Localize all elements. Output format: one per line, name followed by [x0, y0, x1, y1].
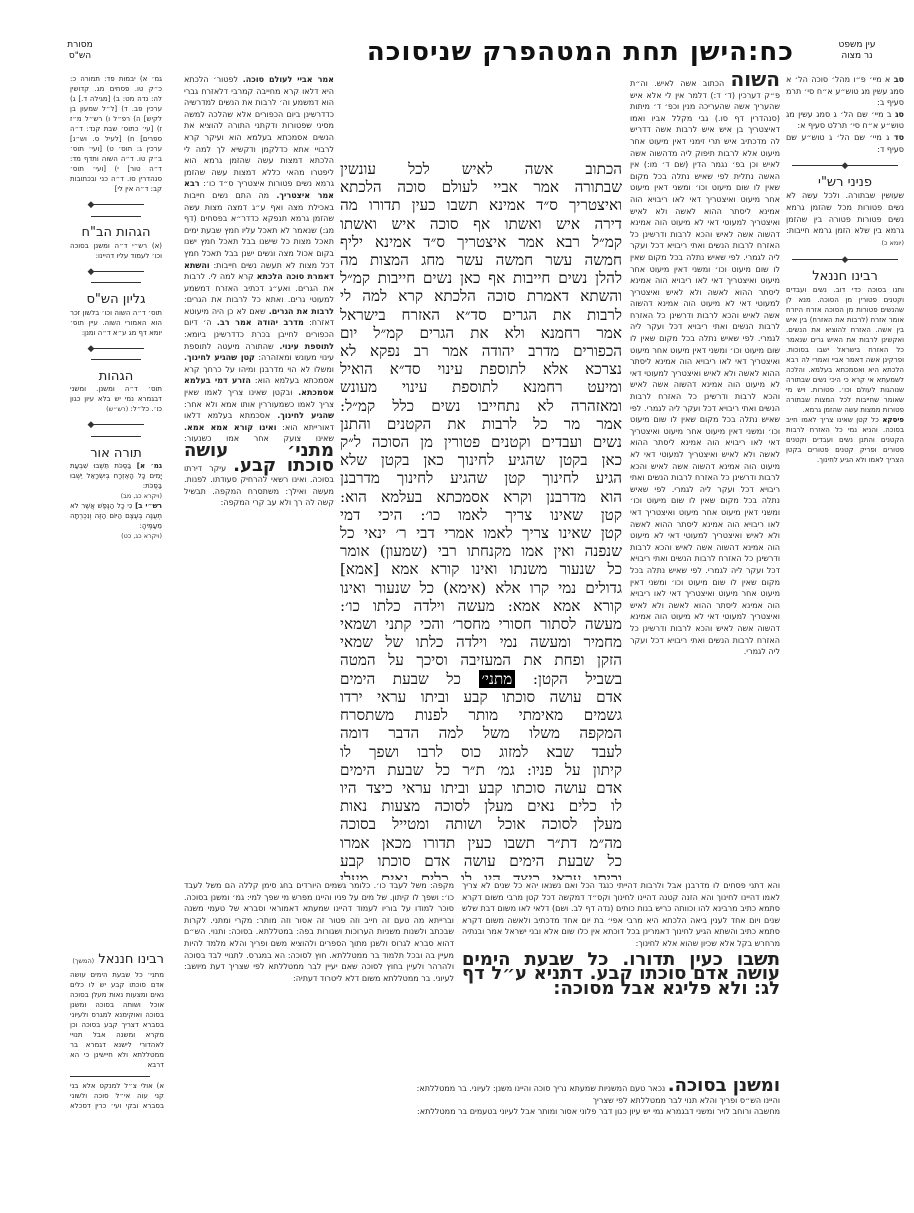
gemara-line: הגיע לחינוך קטן שהגיע לחינוך מדרבנן — [340, 469, 622, 487]
gemara-line: שנפנה ואין אמו מקנחתו רבי (שמעון) אומר — [340, 542, 622, 560]
ein-mishpat-entry: סב א מיי׳ פ״ו מהל׳ סוכה הל׳ א סמג עשין מ… — [786, 74, 904, 109]
ornament-divider: ◆ — [70, 200, 162, 223]
mishnah-start-line: בשביל הקטן: מתני׳ כל שבעת הימים — [340, 670, 622, 688]
rashi-bottom-left: מקפה: משל לעבד כו׳. כלומר גשמים היורדים … — [184, 880, 454, 1080]
gemara-line: מעשה לסתור חסורי מחסר׳ והכי קתני ושמאי — [340, 615, 622, 633]
ornament-divider: ◆ — [70, 267, 162, 290]
gemara-line: לרבות את הגרים סד״א האזרח בישראל — [340, 306, 622, 324]
mishnah-label: מתני׳ — [479, 670, 516, 688]
gemara-line: אמר רחמנא ולא את הגרים קמ״ל יום — [340, 324, 622, 342]
ein-mishpat-entry: סד ג מיי׳ שם הל׳ ג טוש״ע שם סעיף ד: — [786, 132, 904, 155]
gemara-line: לעבד שבא למזוג כוס לרבו ושפך לו — [340, 743, 622, 761]
bottom-line-2: והיינו הש״ס ופריך והלא תנוי לבר ממטללתא … — [184, 1095, 780, 1107]
rabbeinu-chananel-text: ותנו בסוכה כדי דוב. נשים ועבדים וקטנים פ… — [786, 285, 904, 415]
gemara-line: קורא אמא אמא: מעשה וילדה כלתו כו׳: — [340, 597, 622, 615]
piska-text: פיסקא כל קטן שאינו צריך לאמו חייב בסוכה.… — [786, 415, 904, 465]
gilyon-hashas-text: תוס׳ ד״ה השוה וכו׳ בלשון זכר הוא האמורי … — [70, 308, 162, 338]
footnote-rule — [70, 1076, 150, 1077]
gemara-line: ואיצטריך ס״ד אמינא תשבו כעין תדורו מה — [340, 196, 622, 214]
page-title: כח: הישן תחת המטה פרק שני סוכה — [494, 36, 794, 68]
gemara-line: קמ״ל רבא אמר איצטריך ס״ד אמינא יליף — [340, 233, 622, 251]
gemara-line: קיתון על פניו: גמ׳ ת״ר כל שבעת הימים — [340, 761, 622, 779]
mishnan-line: ומשנן בסוכה. נכאר טעם המשניות שמעתא נריך… — [184, 1080, 780, 1095]
ein-mishpat-entries: סב א מיי׳ פ״ו מהל׳ סוכה הל׳ א סמג עשין מ… — [786, 74, 904, 155]
footnote-text: א) אולי צ״ל למנקט אלא בני קני עוה אי״ל ס… — [70, 1081, 164, 1110]
tosafot-text: אמר אביי לעולם סוכה. לפטור׳ הלכתא היא דל… — [184, 74, 334, 509]
rashi-text: השוה הכתוב אשה לאיש. וה״ת פ״ק דערכין (ד׳… — [630, 74, 780, 658]
gemara-line: נצרכא אלא לתוספת עינוי סד״א הואיל — [340, 360, 622, 378]
pninei-rashi-text: שעושין שבתורה. ולכל עשה לא נשים פטורות מ… — [786, 190, 904, 249]
daf-number: כח: — [748, 37, 794, 67]
rashi-bottom-text: מקפה: משל לעבד כו׳. כלומר גשמים היורדים … — [184, 880, 454, 984]
rabbeinu-chananel-left: רבינו חננאל (המשך) מתני׳ כל שבעת הימים ע… — [70, 950, 164, 1110]
perek-label: פרק שני — [430, 37, 537, 67]
gemara-line: וביתו עראי כיצד היו לו כלים נאים מעלן — [340, 870, 622, 880]
gemara-line: והשתא דאמרת סוכה הלכתא קרא למה לי — [340, 287, 622, 305]
gemara-line: חמשה עשר חמשה עשר מחג המצות מה — [340, 251, 622, 269]
gemara-line: ומיעט רחמנא לתוספת עינוי מעונש — [340, 378, 622, 396]
torah-or-entry: גמ׳ א] בַּסֻּכֹּת תֵּשְׁבוּ שִׁבְעַת יָמ… — [70, 461, 162, 501]
gemara-line: הכפורים מדרב יהודה אמר רב נפקא לא — [340, 342, 622, 360]
mesorat-hashas-heading: מסורת הש"ס — [40, 40, 120, 62]
gemara-line: דירה איש ואשתו אף סוכה איש ואשתו — [340, 215, 622, 233]
mesorat-hashas-text: גמ׳ א) יבמות פד: תמורה כ: כ״ק טו. פסחים … — [70, 74, 162, 194]
torah-or-entry: רש״י ב] כִּי כָל הַנֶּפֶשׁ אֲשֶׁר לֹא תְ… — [70, 501, 162, 541]
gemara-line: הזקן ופחת את המעזיבה וסיכך על המטה — [340, 651, 622, 669]
gemara-line: כאן בקטן שהגיע לחינוך כאן בקטן שלא — [340, 451, 622, 469]
gemara-line: מעלן לסוכה אוכל ושותה ומטייל בסוכה — [340, 815, 622, 833]
gemara-line: גשמים מאימתי מותר לפנות משתסרח — [340, 706, 622, 724]
gemara-line: מה״מ דת״ר תשבו כעין תדורו מכאן אמרו — [340, 834, 622, 852]
hagahot-bach-text: (א) רש״י ד״ה ומשנן בסוכה וכו׳ לעמוד עליו… — [70, 241, 162, 261]
gemara-line: גדולים נמי קרו אלא (אימא) כל שנעור ואינו — [340, 579, 622, 597]
gemara-line: ומאזהרה לא נתחייבו נשים כלל קמ״ל: — [340, 397, 622, 415]
gemara-line: להלן נשים חייבות אף כאן נשים חייבות קמ״ל — [340, 269, 622, 287]
gemara-line: מחמיר ומעשה נמי וילדה כלתו של שמאי — [340, 633, 622, 651]
gemara-line: הכתוב אשה לאיש לכל עונשין — [340, 160, 622, 178]
masechet-name: סוכה — [367, 37, 430, 67]
gemara-line: כל שבעת הימים עושה אדם סוכתו קבע — [340, 852, 622, 870]
gemara-line: קטן שאינו צריך לאמו כו׳: היכי דמי — [340, 506, 622, 524]
rashi-bottom-right: והא דתני פסחים לו מדרבנן אבל ולרבות דהיי… — [462, 880, 780, 1080]
gemara-line: נשים ועבדים וקטנים פטורין מן הסוכה ל״ק — [340, 433, 622, 451]
rashi-column: השוה הכתוב אשה לאיש. וה״ת פ״ק דערכין (ד׳… — [630, 74, 780, 869]
ornament-divider: ◆ — [70, 344, 162, 367]
hagahot-title: הגהות — [70, 371, 162, 383]
gemara-column: הכתוב אשה לאיש לכל עונשין שבתורה אמר אבי… — [340, 160, 622, 880]
ein-mishpat-heading: עין משפט נר מצוה — [822, 40, 892, 62]
pninei-rashi-title: פניני רש"י — [786, 177, 904, 189]
left-margin-column: גמ׳ א) יבמות פד: תמורה כ: כ״ק טו. פסחים … — [70, 74, 162, 974]
chapter-name: הישן תחת המטה — [537, 37, 748, 67]
gemara-line: שבתורה אמר אביי לעולם סוכה הלכתא — [340, 178, 622, 196]
rabbeinu-chananel-left-text: מתני׳ כל שבעת הימים עושה אדם סוכתו קבע י… — [70, 970, 164, 1070]
rabbeinu-chananel-left-title: רבינו חננאל (המשך) — [70, 954, 164, 968]
hagahot-text: תוס׳ ד״ה ומשנן. ומשני דבגמרא נמי יש בלא … — [70, 384, 162, 414]
rashi-bottom-wide: ומשנן בסוכה. נכאר טעם המשניות שמעתא נריך… — [184, 1080, 780, 1140]
rashi-bottom-left-text: והא דתני פסחים לו מדרבנן אבל ולרבות דהיי… — [462, 880, 780, 950]
gemara-line: לו כלים נאים מעלן לסוכה מצעות נאות — [340, 797, 622, 815]
gemara-line: אמר מר כל לרבות את הקטנים והתנן — [340, 415, 622, 433]
torah-or-title: תורה אור — [70, 448, 162, 460]
page-header: עין משפט נר מצוה כח: הישן תחת המטה פרק ש… — [0, 36, 914, 72]
ornament-divider: ◆ — [70, 420, 162, 443]
ornament-divider: ◆ — [786, 255, 904, 267]
gemara-line: המקפה משלו משל למה הדבר דומה — [340, 724, 622, 742]
gemara-line: אדם עושה סוכתו קבע וביתו עראי ירדו — [340, 688, 622, 706]
gemara-opening — [340, 142, 622, 162]
ornament-divider: ◆ — [786, 161, 904, 173]
talmud-page: עין משפט נר מצוה כח: הישן תחת המטה פרק ש… — [0, 0, 914, 1213]
gilyon-hashas-title: גליון הש"ס — [70, 294, 162, 306]
tosafot-column: אמר אביי לעולם סוכה. לפטור׳ הלכתא היא דל… — [184, 74, 334, 874]
gemara-line: קטן שאינו צריך לאמו אמרי דבי ר׳ ינאי כל — [340, 524, 622, 542]
gemara-line: אדם עושה סוכתו קבע וביתו עראי כיצד היו — [340, 779, 622, 797]
rabbeinu-chananel-title: רבינו חננאל — [786, 271, 904, 283]
gemara-line: הוא מדרבנן וקרא אסמכתא בעלמא הוא: — [340, 488, 622, 506]
tashvu-line: תשבו כעין תדורו. כל שבעת הימים עושה אדם … — [462, 954, 780, 998]
gemara-line: כל שנעור משנתו ואינו קורא אמא [אמא] — [340, 560, 622, 578]
ein-mishpat-entry: סג ב מיי׳ שם הל׳ ג סמג עשין מג טוש״ע א״ח… — [786, 109, 904, 132]
right-margin-column: סב א מיי׳ פ״ו מהל׳ סוכה הל׳ א סמג עשין מ… — [786, 74, 904, 974]
hagahot-bach-title: הגהות הב"ח — [70, 227, 162, 239]
bottom-line-3: מחשבה ורוחב לויר ומשני דבגמרא נמי יש עיו… — [184, 1106, 780, 1118]
